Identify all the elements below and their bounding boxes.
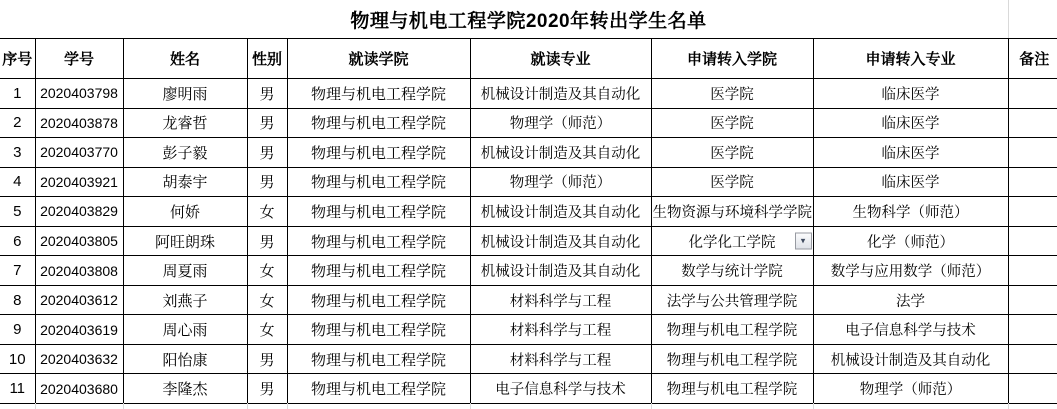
transfer-college-text: 生物资源与环境科学学院 [653,205,813,221]
cell-gender[interactable]: 女 [247,256,287,286]
cell-remark[interactable] [1008,197,1057,227]
header-transfer-college[interactable]: 申请转入学院 [651,39,813,79]
cell-college[interactable]: 物理与机电工程学院 [287,315,470,345]
cell-major[interactable]: 材料科学与工程 [470,285,651,315]
cell-transfer-college[interactable]: 化学化工学院 ▾ [651,226,813,256]
cell-gender[interactable]: 男 [247,108,287,138]
cell-transfer-major[interactable]: 临床医学 [813,138,1008,168]
cell-gender[interactable]: 男 [247,344,287,374]
cell-remark[interactable] [1008,344,1057,374]
cell-college[interactable]: 物理与机电工程学院 [287,226,470,256]
gridline [287,403,288,409]
cell-gender[interactable]: 男 [247,374,287,404]
student-transfer-table: 序号 学号 姓名 性别 就读学院 就读专业 申请转入学院 申请转入专业 备注 1… [0,38,1057,404]
chevron-down-icon: ▾ [801,237,806,246]
header-major[interactable]: 就读专业 [470,39,651,79]
cell-transfer-college[interactable]: 医学院 [651,79,813,109]
cell-transfer-major[interactable]: 临床医学 [813,167,1008,197]
cell-college[interactable]: 物理与机电工程学院 [287,374,470,404]
cell-seq[interactable]: 7 [0,256,35,286]
cell-gender[interactable]: 女 [247,285,287,315]
cell-college[interactable]: 物理与机电工程学院 [287,256,470,286]
gridline [1008,0,1009,38]
cell-major[interactable]: 材料科学与工程 [470,315,651,345]
cell-name[interactable]: 龙睿哲 [123,108,247,138]
cell-major[interactable]: 机械设计制造及其自动化 [470,197,651,227]
spreadsheet-view: 物理与机电工程学院2020年转出学生名单 序号 学号 姓名 性别 就读学院 就读… [0,0,1057,409]
cell-transfer-major[interactable]: 机械设计制造及其自动化 [813,344,1008,374]
cell-college[interactable]: 物理与机电工程学院 [287,285,470,315]
cell-remark[interactable] [1008,108,1057,138]
cell-transfer-college[interactable]: 医学院 [651,167,813,197]
cell-college[interactable]: 物理与机电工程学院 [287,344,470,374]
cell-transfer-college[interactable]: 物理与机电工程学院 [651,344,813,374]
cell-transfer-major[interactable]: 化学（师范） [813,226,1008,256]
cell-name[interactable]: 刘燕子 [123,285,247,315]
gridline [123,403,124,409]
gridline [651,403,652,409]
transfer-college-text: 法学与公共管理学院 [667,294,798,310]
cell-name[interactable]: 周夏雨 [123,256,247,286]
cell-student-id[interactable]: 2020403805 [35,226,123,256]
cell-gender[interactable]: 男 [247,138,287,168]
cell-remark[interactable] [1008,256,1057,286]
cell-name[interactable]: 李隆杰 [123,374,247,404]
cell-student-id[interactable]: 2020403632 [35,344,123,374]
partial-row-gridlines [0,403,1057,409]
table-row: 4 2020403921 胡泰宇 男 物理与机电工程学院 物理学（师范） 医学院… [0,167,1057,197]
table-row: 11 2020403680 李隆杰 男 物理与机电工程学院 电子信息科学与技术 … [0,374,1057,404]
cell-student-id[interactable]: 2020403770 [35,138,123,168]
cell-transfer-college[interactable]: 生物资源与环境科学学院 [651,197,813,227]
cell-student-id[interactable]: 2020403921 [35,167,123,197]
cell-gender[interactable]: 男 [247,79,287,109]
table-row: 2 2020403878 龙睿哲 男 物理与机电工程学院 物理学（师范） 医学院… [0,108,1057,138]
cell-gender[interactable]: 男 [247,226,287,256]
cell-seq[interactable]: 11 [0,374,35,404]
cell-remark[interactable] [1008,285,1057,315]
transfer-college-text: 医学院 [710,87,754,103]
cell-major[interactable]: 物理学（师范） [470,108,651,138]
cell-remark[interactable] [1008,226,1057,256]
cell-name[interactable]: 阿旺朗珠 [123,226,247,256]
gridline [470,403,471,409]
cell-student-id[interactable]: 2020403878 [35,108,123,138]
gridline [247,403,248,409]
header-college[interactable]: 就读学院 [287,39,470,79]
table-row: 10 2020403632 阳怡康 男 物理与机电工程学院 材料科学与工程 物理… [0,344,1057,374]
cell-student-id[interactable]: 2020403619 [35,315,123,345]
cell-remark[interactable] [1008,79,1057,109]
cell-major[interactable]: 物理学（师范） [470,167,651,197]
cell-major[interactable]: 机械设计制造及其自动化 [470,226,651,256]
cell-major[interactable]: 机械设计制造及其自动化 [470,79,651,109]
transfer-college-text: 数学与统计学院 [681,264,783,280]
cell-student-id[interactable]: 2020403612 [35,285,123,315]
cell-college[interactable]: 物理与机电工程学院 [287,138,470,168]
cell-transfer-major[interactable]: 物理学（师范） [813,374,1008,404]
header-row: 序号 学号 姓名 性别 就读学院 就读专业 申请转入学院 申请转入专业 备注 [0,39,1057,79]
cell-major[interactable]: 机械设计制造及其自动化 [470,256,651,286]
table-row: 7 2020403808 周夏雨 女 物理与机电工程学院 机械设计制造及其自动化… [0,256,1057,286]
cell-remark[interactable] [1008,138,1057,168]
cell-major[interactable]: 机械设计制造及其自动化 [470,138,651,168]
dropdown-button[interactable]: ▾ [795,233,812,250]
table-row: 1 2020403798 廖明雨 男 物理与机电工程学院 机械设计制造及其自动化… [0,79,1057,109]
cell-transfer-college[interactable]: 医学院 [651,138,813,168]
header-name[interactable]: 姓名 [123,39,247,79]
cell-gender[interactable]: 女 [247,315,287,345]
cell-college[interactable]: 物理与机电工程学院 [287,167,470,197]
table-row: 9 2020403619 周心雨 女 物理与机电工程学院 材料科学与工程 物理与… [0,315,1057,345]
cell-transfer-college[interactable]: 数学与统计学院 [651,256,813,286]
cell-seq[interactable]: 6 [0,226,35,256]
cell-seq[interactable]: 10 [0,344,35,374]
cell-seq[interactable]: 9 [0,315,35,345]
cell-gender[interactable]: 男 [247,167,287,197]
cell-name[interactable]: 胡泰宇 [123,167,247,197]
cell-transfer-college[interactable]: 医学院 [651,108,813,138]
transfer-college-text: 医学院 [710,116,754,132]
cell-name[interactable]: 廖明雨 [123,79,247,109]
page-title: 物理与机电工程学院2020年转出学生名单 [0,0,1057,38]
transfer-college-text: 医学院 [710,146,754,162]
cell-seq[interactable]: 5 [0,197,35,227]
header-student-id[interactable]: 学号 [35,39,123,79]
cell-transfer-major[interactable]: 法学 [813,285,1008,315]
cell-student-id[interactable]: 2020403808 [35,256,123,286]
cell-gender[interactable]: 女 [247,197,287,227]
title-row[interactable]: 物理与机电工程学院2020年转出学生名单 [0,0,1057,38]
cell-transfer-major[interactable]: 临床医学 [813,79,1008,109]
cell-seq[interactable]: 4 [0,167,35,197]
table-row: 6 2020403805 阿旺朗珠 男 物理与机电工程学院 机械设计制造及其自动… [0,226,1057,256]
table-row: 8 2020403612 刘燕子 女 物理与机电工程学院 材料科学与工程 法学与… [0,285,1057,315]
gridline [35,403,36,409]
cell-remark[interactable] [1008,167,1057,197]
header-seq[interactable]: 序号 [0,39,35,79]
cell-major[interactable]: 电子信息科学与技术 [470,374,651,404]
transfer-college-text: 物理与机电工程学院 [667,382,798,398]
cell-seq[interactable]: 3 [0,138,35,168]
cell-college[interactable]: 物理与机电工程学院 [287,108,470,138]
transfer-college-text: 化学化工学院 [689,235,776,251]
cell-transfer-college[interactable]: 物理与机电工程学院 [651,315,813,345]
transfer-college-text: 物理与机电工程学院 [667,353,798,369]
cell-student-id[interactable]: 2020403680 [35,374,123,404]
cell-transfer-major[interactable]: 生物科学（师范） [813,197,1008,227]
gridline [813,403,814,409]
cell-remark[interactable] [1008,315,1057,345]
gridline [1008,403,1009,409]
header-remark[interactable]: 备注 [1008,39,1057,79]
transfer-college-text: 医学院 [710,175,754,191]
cell-name[interactable]: 何娇 [123,197,247,227]
cell-seq[interactable]: 1 [0,79,35,109]
cell-name[interactable]: 周心雨 [123,315,247,345]
cell-remark[interactable] [1008,374,1057,404]
cell-transfer-major[interactable]: 临床医学 [813,108,1008,138]
table-row: 3 2020403770 彭子毅 男 物理与机电工程学院 机械设计制造及其自动化… [0,138,1057,168]
cell-transfer-college[interactable]: 物理与机电工程学院 [651,374,813,404]
cell-seq[interactable]: 2 [0,108,35,138]
cell-name[interactable]: 彭子毅 [123,138,247,168]
table-row: 5 2020403829 何娇 女 物理与机电工程学院 机械设计制造及其自动化 … [0,197,1057,227]
header-gender[interactable]: 性别 [247,39,287,79]
cell-college[interactable]: 物理与机电工程学院 [287,197,470,227]
cell-major[interactable]: 材料科学与工程 [470,344,651,374]
header-transfer-major[interactable]: 申请转入专业 [813,39,1008,79]
transfer-college-text: 物理与机电工程学院 [667,323,798,339]
cell-transfer-major[interactable]: 电子信息科学与技术 [813,315,1008,345]
cell-name[interactable]: 阳怡康 [123,344,247,374]
cell-transfer-college[interactable]: 法学与公共管理学院 [651,285,813,315]
cell-transfer-major[interactable]: 数学与应用数学（师范） [813,256,1008,286]
cell-seq[interactable]: 8 [0,285,35,315]
cell-college[interactable]: 物理与机电工程学院 [287,79,470,109]
cell-student-id[interactable]: 2020403829 [35,197,123,227]
cell-student-id[interactable]: 2020403798 [35,79,123,109]
